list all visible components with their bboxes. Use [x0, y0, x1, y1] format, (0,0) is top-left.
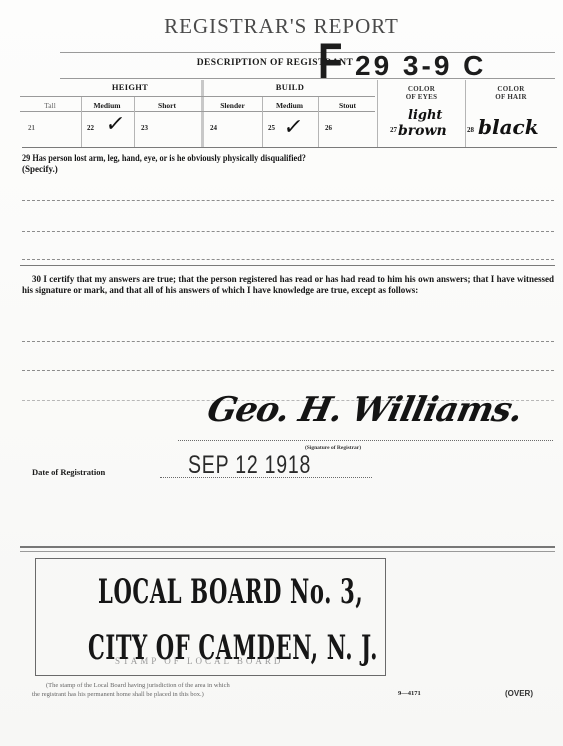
- over-label: (OVER): [505, 689, 533, 698]
- color-eyes-label-1: COLOR: [378, 85, 465, 93]
- col-height-medium: Medium: [82, 101, 132, 110]
- date-of-registration-stamp: SEP 12 1918: [188, 451, 311, 480]
- hair-color-value: black: [478, 116, 539, 138]
- subheader-rule: [20, 96, 375, 97]
- section-rule: [60, 78, 555, 79]
- registrar-signature: Geo. H. Williams.: [204, 390, 526, 430]
- eye-color-value-1: light: [408, 110, 442, 122]
- col-divider: [262, 97, 263, 147]
- local-board-stamp-line-2: CITY OF CAMDEN, N. J.: [88, 628, 378, 668]
- field-27-number: 27: [390, 126, 397, 134]
- section-divider: [20, 265, 555, 266]
- footnote-line-2: the registrant has his permanent home sh…: [32, 690, 392, 699]
- col-slender: Slender: [205, 101, 260, 110]
- field-26-number: 26: [325, 124, 332, 132]
- question-29-text: 29 Has person lost arm, leg, hand, eye, …: [22, 153, 511, 164]
- local-board-stamp-line-1: LOCAL BOARD No. 3,: [98, 572, 363, 612]
- signature-line: [178, 440, 553, 441]
- field-22-number: 22: [87, 124, 94, 132]
- form-number: 9—4171: [398, 690, 421, 697]
- build-group-label: BUILD: [205, 82, 375, 92]
- field-23-number: 23: [141, 124, 148, 132]
- bottom-divider-2: [20, 551, 555, 552]
- col-divider: [318, 97, 319, 147]
- question-29-specify: (Specify.): [22, 164, 554, 175]
- answer-line: [22, 200, 554, 201]
- question-30-text: 30 I certify that my answers are true; t…: [22, 274, 554, 295]
- col-tall: Tall: [20, 101, 80, 110]
- field-24-number: 24: [210, 124, 217, 132]
- footnote-line-1: (The stamp of the Local Board having jur…: [32, 681, 392, 690]
- col-build-medium: Medium: [262, 101, 317, 110]
- eye-color-value-2: brown: [398, 124, 447, 138]
- field-25-checkmark: ✓: [282, 115, 305, 140]
- color-eyes-label-2: OF EYES: [378, 93, 465, 101]
- col-stout: Stout: [320, 101, 375, 110]
- field-22-checkmark: ✓: [104, 112, 127, 137]
- field-21-number: 21: [28, 124, 35, 132]
- draft-registration-card-back: REGISTRAR'S REPORT DESCRIPTION OF REGIST…: [0, 0, 563, 746]
- bottom-divider: [20, 546, 555, 548]
- group-divider: [201, 80, 204, 147]
- answer-line: [22, 341, 554, 342]
- field-25-number: 25: [268, 124, 275, 132]
- col-divider: [134, 97, 135, 147]
- color-hair-label-2: OF HAIR: [466, 93, 556, 101]
- height-group-label: HEIGHT: [60, 82, 200, 92]
- col-short: Short: [135, 101, 199, 110]
- color-hair-label-1: COLOR: [466, 85, 556, 93]
- file-stamp-code: 29 3-9 C: [355, 52, 486, 80]
- col-divider: [81, 97, 82, 147]
- answer-line: [22, 259, 554, 260]
- answer-line: [22, 231, 554, 232]
- field-28-number: 28: [467, 126, 474, 134]
- subheader-bottom-rule: [20, 111, 375, 112]
- date-of-registration-label: Date of Registration: [32, 467, 105, 477]
- answer-line: [22, 370, 554, 371]
- table-bottom-rule: [22, 147, 557, 148]
- document-title: REGISTRAR'S REPORT: [0, 14, 563, 39]
